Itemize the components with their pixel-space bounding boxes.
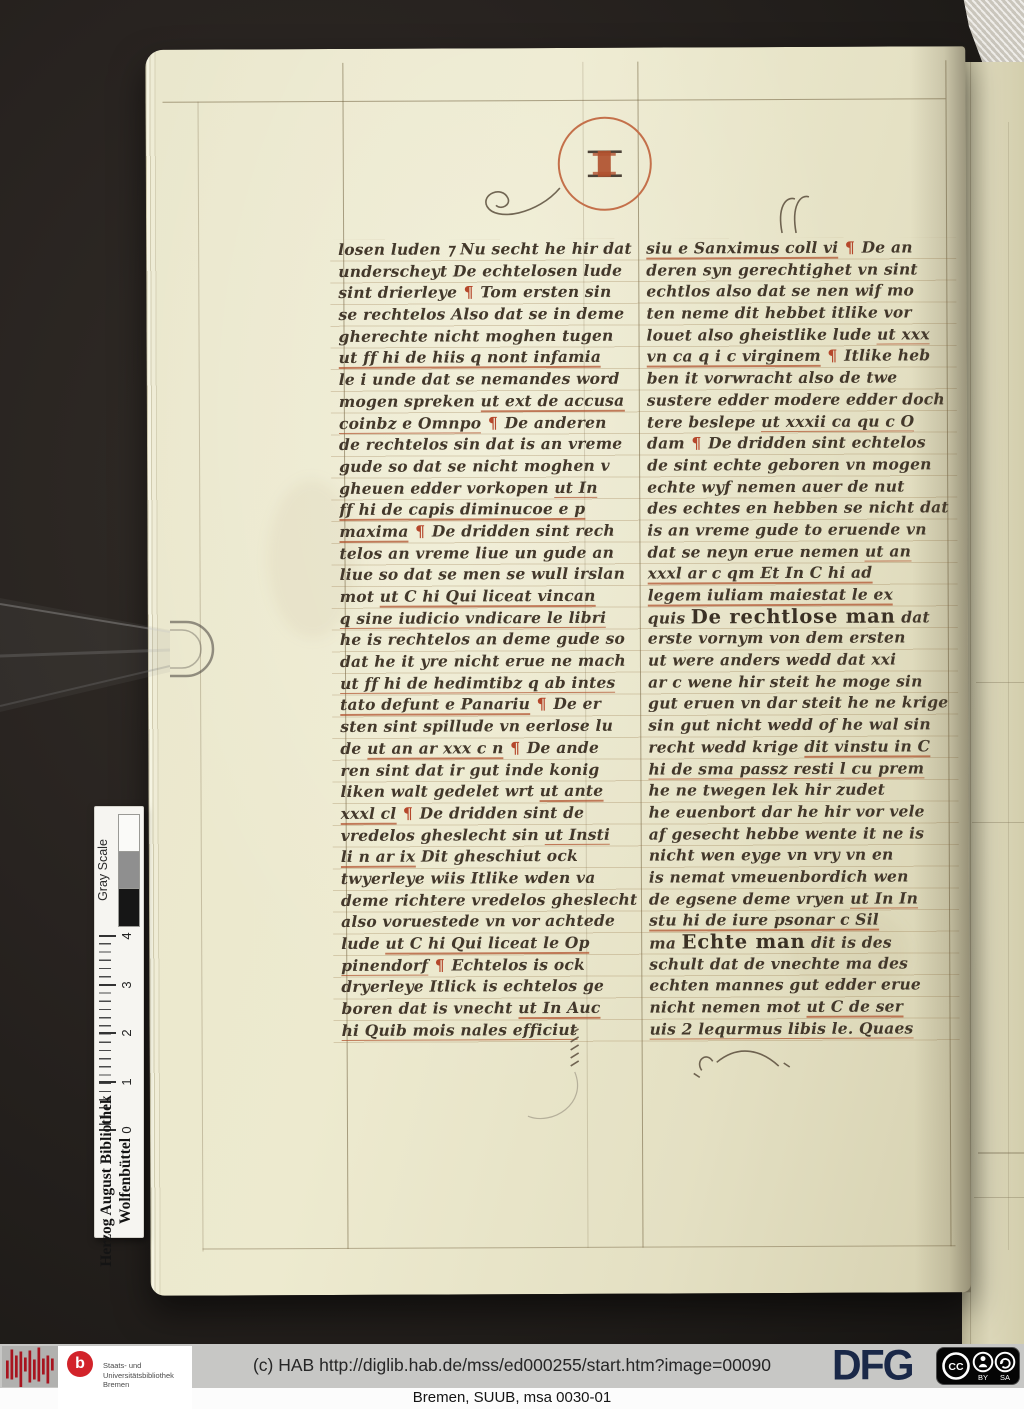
photo-stage: losen luden ⁊ Nu secht he hir datundersc… — [0, 0, 1024, 1409]
page-clamp — [0, 560, 235, 740]
grayscale-label: Gray Scale — [96, 810, 116, 930]
bremen-logo-icon: b — [67, 1351, 93, 1377]
bremen-library-logo: b Staats- und Universitätsbibliothek Bre… — [58, 1346, 192, 1409]
ruler-scale-number: 4 — [119, 926, 135, 946]
barcode-bars-icon — [2, 1346, 58, 1387]
ruler-major-tick — [99, 935, 116, 937]
gutter-line — [970, 62, 971, 1344]
cc-license-badge: CC BY SA — [936, 1347, 1020, 1385]
grayscale-swatch-gray — [118, 851, 140, 890]
ruler-scale-number: 3 — [119, 975, 135, 995]
color-reference-ruler: Gray Scale 43210 Herzog August Bibliothe… — [94, 806, 144, 1238]
ruler-scale-number: 2 — [119, 1023, 135, 1043]
grayscale-swatch-black — [118, 888, 140, 927]
leaf-edge-mark — [974, 1197, 1024, 1198]
ruler-major-tick — [99, 1032, 116, 1034]
bremen-library-name: Staats- und Universitätsbibliothek Breme… — [103, 1361, 174, 1390]
library-city: Wolfenbüttel — [116, 1065, 135, 1297]
library-ownership-label: Herzog August Bibliothek Wolfenbüttel — [97, 1065, 141, 1297]
dfg-logo: DFG — [832, 1341, 936, 1387]
page-edge-line — [1008, 122, 1009, 1250]
credit-bar: Bremen, SUUB, msa 0030-01 (c) HAB http:/… — [0, 1344, 1024, 1409]
cc-icon: CC — [940, 1350, 972, 1382]
facing-page-edge — [962, 62, 1024, 1344]
column-ruling-line — [945, 60, 951, 1246]
leaf-edge-mark — [972, 822, 1024, 823]
svg-text:CC: CC — [948, 1361, 964, 1373]
pen-flourishes — [145, 46, 970, 1296]
manuscript-page: losen luden ⁊ Nu secht he hir datundersc… — [145, 46, 970, 1296]
leaf-edge-mark — [978, 1152, 1024, 1154]
grayscale-swatch-white — [118, 814, 140, 853]
ruler-major-tick — [99, 984, 116, 986]
leaf-edge-mark — [976, 682, 1024, 683]
library-name: Herzog August Bibliothek — [97, 1065, 116, 1297]
cc-by-icon: BY — [972, 1351, 994, 1382]
suub-barcode-logo — [2, 1346, 58, 1387]
cc-sa-icon: SA — [994, 1351, 1016, 1382]
